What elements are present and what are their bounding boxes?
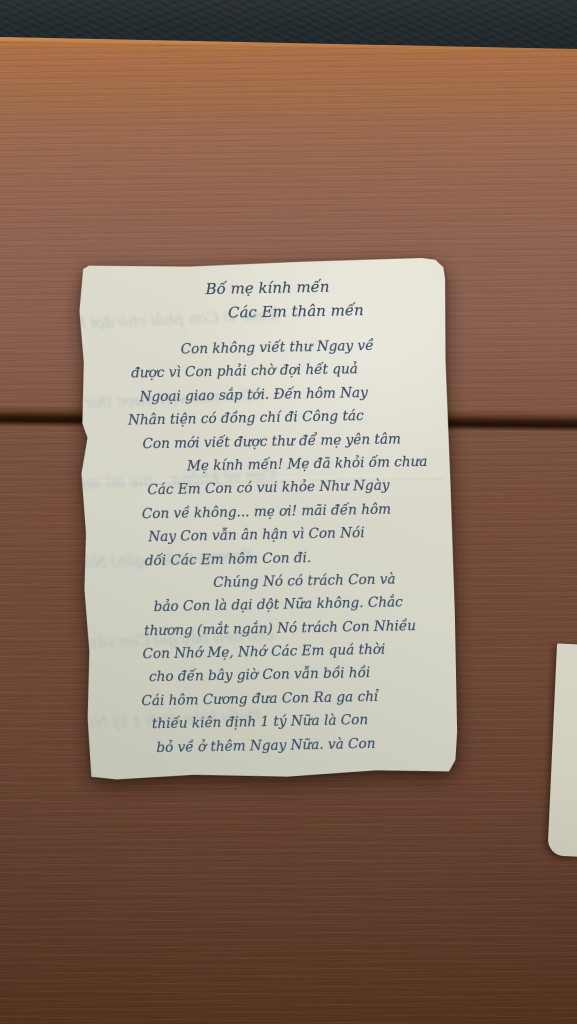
letter-line: bỏ về ở thêm Ngay Nữa. và Con [156, 731, 457, 760]
handwritten-text: Bố mẹ kính mến Các Em thân mến Con không… [77, 257, 458, 780]
letter-paper-sheet: được vì Con phải chờ đợi hết quả Con mới… [77, 257, 458, 780]
letter-paper: được vì Con phải chờ đợi hết quả Con mới… [77, 257, 458, 780]
photo-of-letter: được vì Con phải chờ đợi hết quả Con mới… [0, 0, 577, 1024]
